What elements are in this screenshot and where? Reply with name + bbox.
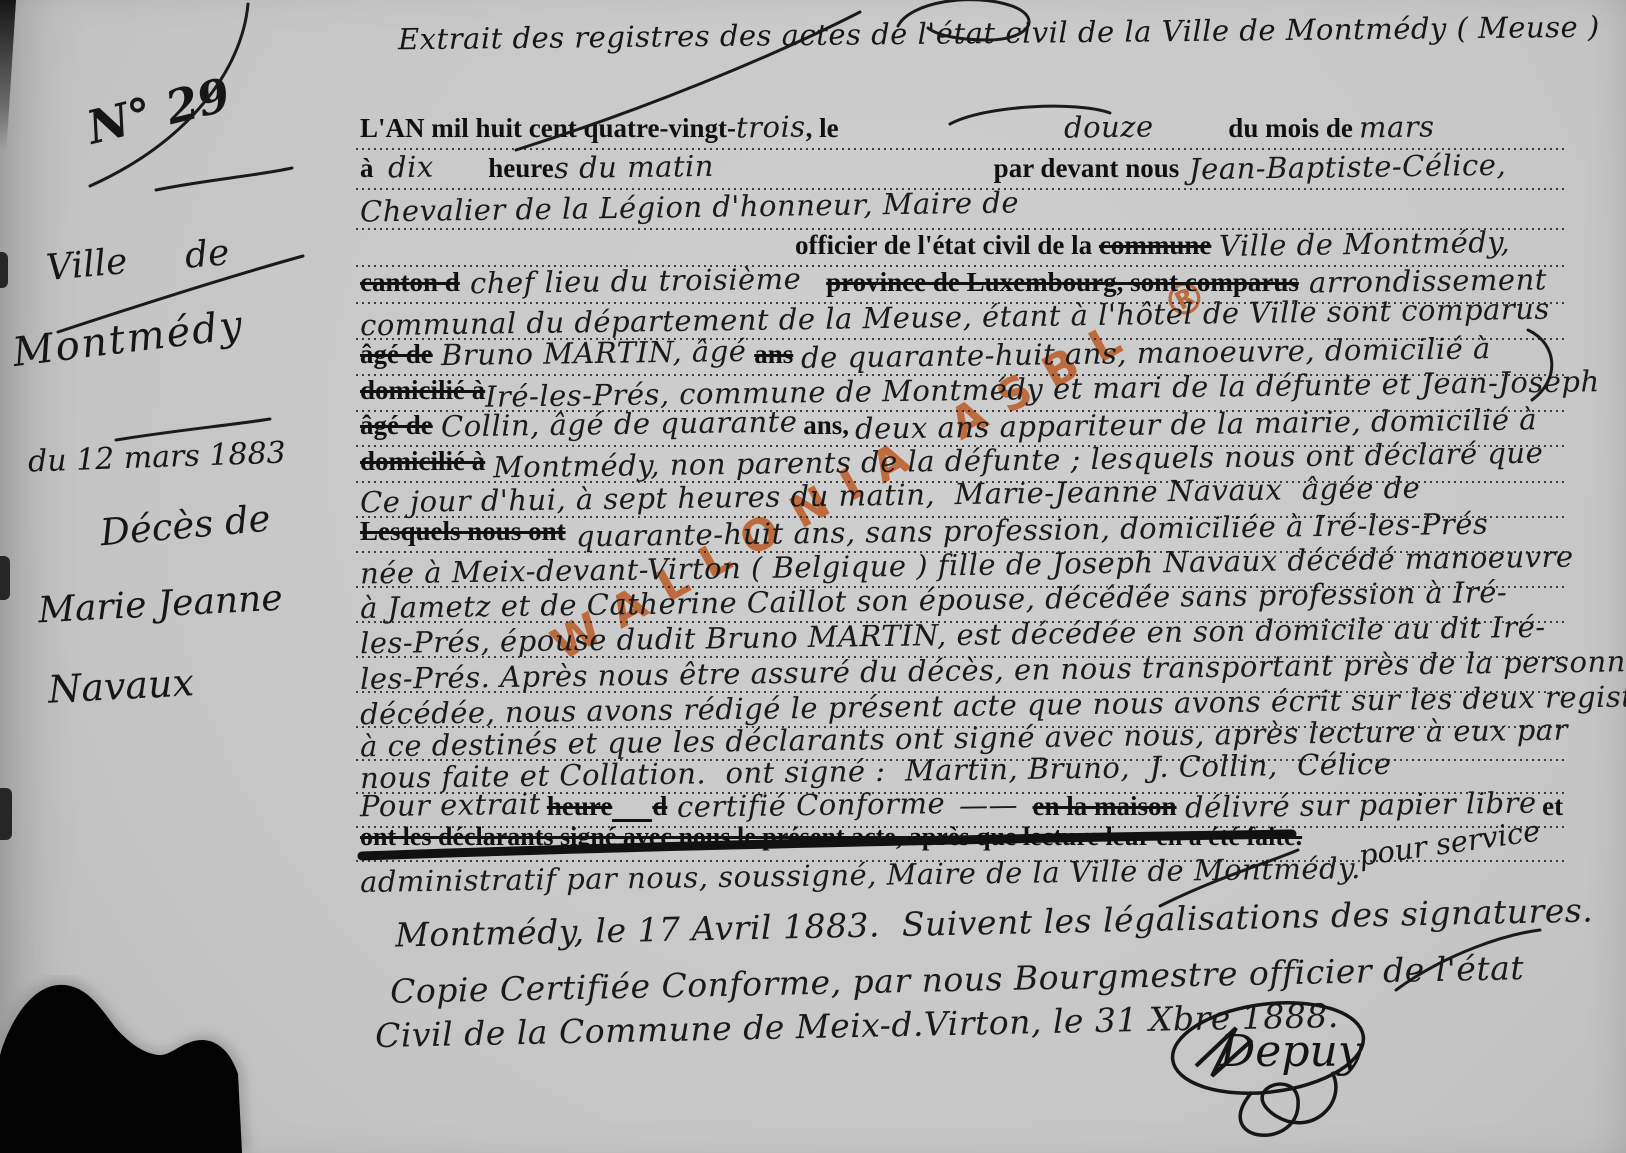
signature-flourish: Depuy xyxy=(1140,972,1400,1152)
scanner-finger-shadow xyxy=(0,975,270,1153)
printed-text: à xyxy=(360,153,374,184)
margin-act-date: du 12 mars 1883 xyxy=(27,436,286,480)
margin-commune-word2: de xyxy=(183,232,231,277)
blank-space xyxy=(433,432,441,434)
scan-edge-artifact xyxy=(0,0,16,150)
handwritten-text: dix xyxy=(387,150,433,185)
margin-commune: Ville de xyxy=(45,232,231,289)
blank-space xyxy=(945,813,959,815)
blank-space xyxy=(433,361,441,363)
blank-space xyxy=(374,175,388,177)
handwritten-text: —— xyxy=(959,788,1018,823)
blank-space xyxy=(746,361,754,363)
document-line: Copie Certifiée Conforme, par nous Bourg… xyxy=(390,960,1596,1002)
handwritten-text: chef lieu du troisième xyxy=(470,262,802,301)
document-line: L'AN mil huit cent quatre-vingt-trois, l… xyxy=(360,110,1566,152)
handwritten-text: Montmédy, le 17 Avril 1883. Suivent les … xyxy=(395,890,1594,954)
printed-text: province de Luxembourg, sont comparus xyxy=(826,267,1299,298)
printed-text: âgé de xyxy=(360,339,433,370)
handwritten-text: trois xyxy=(736,110,806,145)
printed-text: par devant nous xyxy=(994,153,1180,184)
act-number-underline xyxy=(156,168,292,190)
printed-text: , le xyxy=(806,113,839,144)
printed-text: du mois de xyxy=(1228,113,1353,144)
printed-text: en la maison xyxy=(1032,791,1176,822)
document-line: officier de l'état civil de la communeVi… xyxy=(360,227,1566,269)
blank-space xyxy=(1299,289,1309,291)
scan-speck xyxy=(0,788,12,840)
printed-text: Lesquels nous ont xyxy=(360,516,566,547)
printed-text: domicilié à xyxy=(360,375,485,406)
printed-text: domicilié à xyxy=(360,446,485,477)
margin-commune-word1: Ville xyxy=(45,241,129,289)
blank-space xyxy=(849,432,855,434)
blank-space xyxy=(1353,135,1359,137)
printed-text: et xyxy=(1542,791,1563,822)
margin-act-type: Décès de xyxy=(98,497,272,555)
printed-text: ans, xyxy=(803,410,849,441)
printed-text: commune xyxy=(1099,230,1211,261)
margin-deceased-surname: Navaux xyxy=(47,660,195,712)
printed-text: ans xyxy=(754,339,793,370)
blank-space xyxy=(1153,135,1228,137)
handwritten-text: certifié Conforme xyxy=(677,786,946,824)
blank-space xyxy=(433,175,488,177)
document-line: Chevalier de la Légion d'honneur, Maire … xyxy=(360,190,1566,232)
handwritten-text: mars xyxy=(1359,109,1435,144)
document-line: Civil de la Commune de Meix-d.Virton, le… xyxy=(375,1006,1581,1048)
blank-space xyxy=(566,538,576,540)
margin-commune-name: Montmédy xyxy=(10,302,247,376)
blank-space xyxy=(839,135,1064,137)
handwritten-text: Jean-Baptiste-Célice, xyxy=(1189,148,1507,186)
handwritten-text: administratif par nous, soussigné, Maire… xyxy=(360,851,1361,899)
printed-text: ont les déclarants signé avec nous le pr… xyxy=(360,822,1302,852)
blank-space xyxy=(793,361,801,363)
scan-speck xyxy=(0,252,8,288)
document-line: Montmédy, le 17 Avril 1883. Suivent les … xyxy=(395,903,1601,945)
handwritten-text: Bruno MARTIN, âgé xyxy=(441,334,747,372)
scan-speck xyxy=(0,556,10,600)
printed-text: heure xyxy=(488,153,554,184)
blank-space xyxy=(360,252,795,254)
handwritten-text: Collin, âgé de quarante xyxy=(441,405,798,444)
printed-text: L'AN mil huit cent quatre-vingt- xyxy=(360,113,736,144)
margin-deceased-first-names: Marie Jeanne xyxy=(37,578,283,632)
signature-name: Depuy xyxy=(1219,1026,1364,1077)
printed-text: heure xyxy=(547,791,613,822)
blank-space xyxy=(1177,813,1185,815)
printed-text: âgé de xyxy=(360,410,433,441)
blank-space xyxy=(485,468,493,470)
handwritten-text: Chevalier de la Légion d'honneur, Maire … xyxy=(360,185,1019,228)
scanned-death-act-page: WALLONIA ASBL ® Extrait des registres de… xyxy=(0,0,1626,1153)
act-number: N° 29 xyxy=(82,67,236,154)
handwritten-text: s du matin xyxy=(553,149,713,185)
blank-space xyxy=(1018,813,1032,815)
printed-text: officier de l'état civil de la xyxy=(795,230,1099,261)
handwritten-text: douze xyxy=(1063,109,1153,144)
margin-spacer xyxy=(125,236,186,282)
blank-space xyxy=(667,813,677,815)
blank-space xyxy=(460,289,470,291)
blank-space xyxy=(1179,175,1189,177)
handwritten-text: délivré sur papier libre xyxy=(1184,786,1536,825)
printed-text: canton d xyxy=(360,267,460,298)
handwritten-text: Ville de Montmédy, xyxy=(1219,225,1510,263)
page-title: Extrait des registres des actes de l'éta… xyxy=(398,10,1600,57)
handwritten-text: Pour extrait xyxy=(360,787,541,824)
signature-underloop xyxy=(1240,1072,1336,1135)
printed-text: d xyxy=(652,791,667,822)
blank-space xyxy=(714,175,994,177)
blank-space xyxy=(801,289,826,291)
